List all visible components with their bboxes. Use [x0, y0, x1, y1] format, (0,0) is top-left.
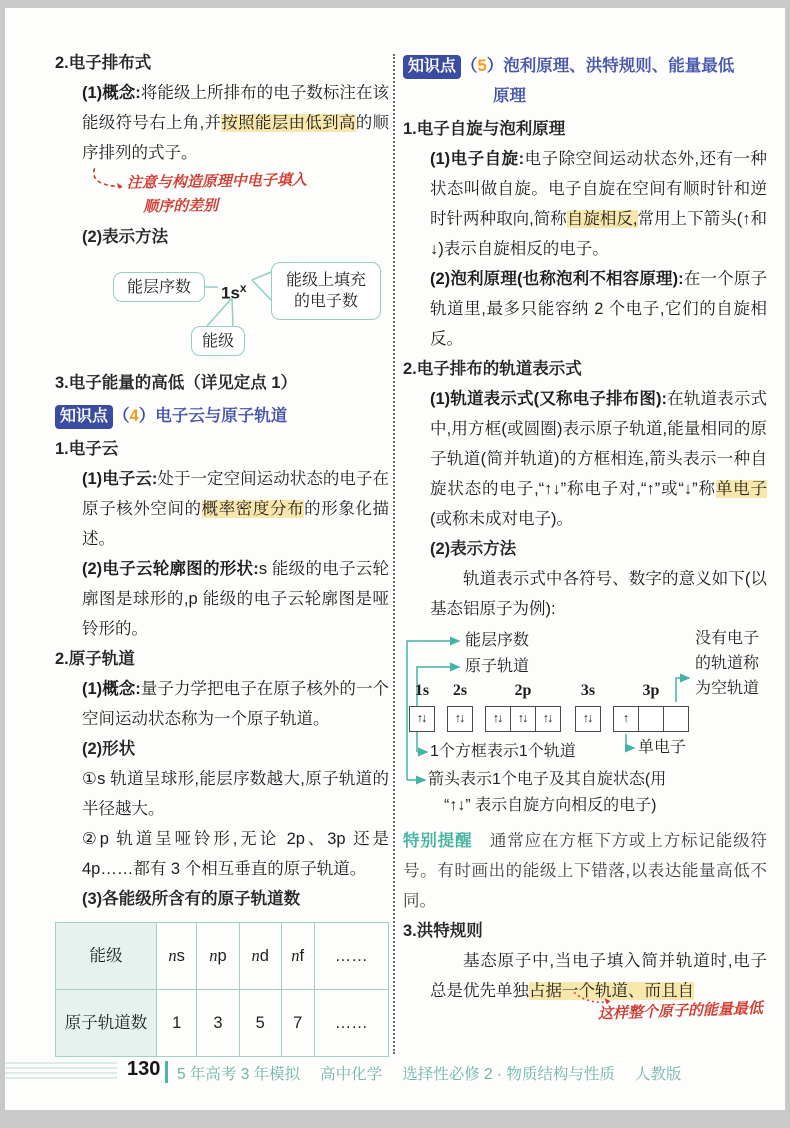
note-arrow-meaning: 箭头表示1个电子及其自旋状态(用“↑↓” 表示自旋方向相反的电子): [428, 767, 764, 819]
special-reminder-label: 特别提醒: [403, 832, 473, 850]
page-footer: 130 5 年高考 3 年模拟高中化学选择性必修 2 · 物质结构与性质人教版: [5, 1056, 785, 1090]
heading-orbital-shape: (2)形状: [55, 734, 389, 764]
table-cell: nf: [281, 923, 314, 990]
notation-explainer-diagram: 能层序数 1sx 能级上填充 的电子数 能级: [55, 256, 389, 366]
note-one-box-one-orbital: 1个方框表示1个轨道: [430, 739, 576, 765]
orbital-box-3s-paired: ↑↓: [575, 706, 601, 732]
heading-orbital-representation: 2.电子排布的轨道表示式: [403, 354, 767, 384]
orbital-box-3p-empty: [663, 706, 689, 732]
para-cloud-outline-shape: (2)电子云轮廓图的形状:s 能级的电子云轮廓图是球形的,p 能级的电子云轮廓图…: [55, 554, 389, 644]
cloud-def-highlight: 概率密度分布: [202, 500, 305, 518]
group-label-3s: 3s: [581, 678, 595, 704]
table-cell: ns: [157, 923, 197, 990]
orbital-box-2s-paired: ↑↓: [447, 706, 473, 732]
outline-shape-label: (2)电子云轮廓图的形状:: [82, 560, 259, 578]
para-orbital-representation: (1)轨道表示式(又称电子排布图):在轨道表示式中,用方框(或圆圈)表示原子轨道…: [403, 384, 767, 534]
spin-label: (1)电子自旋:: [430, 150, 524, 168]
badge-paren-open: （: [113, 407, 130, 425]
label-atomic-orbital: 原子轨道: [465, 654, 529, 680]
table-cell: ……: [314, 923, 388, 990]
para-orbital-concept: (1)概念:量子力学把电子在原子核外的一个空间运动状态称为一个原子轨道。: [55, 674, 389, 734]
knowledge-point-number: 4: [130, 407, 139, 425]
para-method-intro: 轨道表示式中各符号、数字的意义如下(以基态铝原子为例):: [403, 564, 767, 624]
knowledge-point-number: 5: [478, 57, 487, 75]
table-header-level: 能级: [56, 923, 157, 990]
column-divider: [393, 54, 395, 1054]
footer-book-info: 5 年高考 3 年模拟高中化学选择性必修 2 · 物质结构与性质人教版: [177, 1062, 701, 1084]
red-dotted-arrow-icon: [570, 987, 617, 1009]
para-pauli-principle: (2)泡利原理(也称泡利不相容原理):在一个原子轨道里,最多只能容纳 2 个电子…: [403, 264, 767, 354]
group-label-1s: 1s: [415, 678, 429, 704]
para-electron-spin: (1)电子自旋:电子除空间运动状态外,还有一种状态叫做自旋。电子自旋在空间有顺时…: [403, 144, 767, 264]
table-cell: 3: [197, 990, 239, 1057]
knowledge-point-title: 电子云与原子轨道: [155, 407, 287, 425]
footer-stripe-decoration: [5, 1062, 117, 1082]
red-dashed-arrow-icon: [88, 166, 128, 193]
formula-1s-x: 1sx: [221, 273, 247, 309]
annotation-text: 这样整个原子的能量最低: [598, 1000, 764, 1023]
footer-subject: 高中化学: [320, 1066, 382, 1083]
footer-divider-bar: [165, 1061, 168, 1083]
orbital-box-1s-paired: ↑↓: [409, 706, 435, 732]
spin-highlight: 自旋相反,: [567, 210, 638, 228]
table-cell: ……: [314, 990, 388, 1057]
label-energy-level: 能级: [191, 326, 245, 356]
rep-highlight: 单电子: [716, 480, 767, 498]
orbital-count-table: 能级 ns np nd nf …… 原子轨道数 1 3 5 7 ……: [55, 922, 389, 1057]
badge-paren-close: ）: [139, 407, 156, 425]
knowledge-point-title-line1: 泡利原理、洪特规则、能量最低: [503, 57, 734, 75]
heading-representation-method: (2)表示方法: [55, 222, 389, 252]
heading-hund-rule: 3.洪特规则: [403, 916, 767, 946]
note-arrow-line1: 箭头表示1个电子及其自旋状态(用: [428, 771, 666, 788]
knowledge-point-title-line2: 原理: [403, 81, 767, 111]
right-column: 知识点（5）泡利原理、洪特规则、能量最低 原理 1.电子自旋与泡利原理 (1)电…: [403, 48, 767, 1026]
knowledge-point-5: 知识点（5）泡利原理、洪特规则、能量最低 原理: [403, 51, 767, 111]
annotation-line2: 顺序的差别: [55, 191, 389, 221]
rep-text-end: (或称未成对电子)。: [430, 510, 573, 528]
table-cell: 5: [239, 990, 281, 1057]
table-header-count: 原子轨道数: [56, 990, 157, 1057]
table-cell: 7: [281, 990, 314, 1057]
footer-book-title: 选择性必修 2 · 物质结构与性质: [402, 1066, 615, 1083]
heading-electron-energy: 3.电子能量的高低（详见定点 1）: [55, 368, 389, 398]
table-cell: nd: [239, 923, 281, 990]
left-column: 2.电子排布式 (1)概念:将能级上所排布的电子数标注在该能级符号右上角,并按照…: [55, 48, 389, 1057]
para-s-orbital: ①s 轨道呈球形,能层序数越大,原子轨道的半径越大。: [55, 764, 389, 824]
pauli-label: (2)泡利原理(也称泡利不相容原理):: [430, 270, 684, 288]
para-p-orbital: ②p 轨道呈哑铃形,无论 2p、3p 还是4p……都有 3 个相互垂直的原子轨道…: [55, 824, 389, 884]
book-page: 2.电子排布式 (1)概念:将能级上所排布的电子数标注在该能级符号右上角,并按照…: [5, 8, 785, 1110]
heading-atomic-orbital: 2.原子轨道: [55, 644, 389, 674]
table-row-levels: 能级 ns np nd nf ……: [56, 923, 389, 990]
label-shell-number: 能层序数: [465, 628, 529, 654]
note-arrow-line2: “↑↓” 表示自旋方向相反的电子): [428, 797, 656, 814]
table-cell: np: [197, 923, 239, 990]
footer-series: 5 年高考 3 年模拟: [177, 1066, 300, 1083]
orbital-box-2p-paired: ↑↓: [510, 706, 536, 732]
table-row-counts: 原子轨道数 1 3 5 7 ……: [56, 990, 389, 1057]
handwritten-annotation-1: 注意与构造原理中电子填入 顺序的差别: [55, 167, 390, 221]
group-label-2s: 2s: [453, 678, 467, 704]
formula-superscript: x: [240, 281, 247, 295]
heading-orbital-count: (3)各能级所含有的原子轨道数: [55, 884, 389, 914]
orbital-box-2p-paired: ↑↓: [535, 706, 561, 732]
knowledge-point-badge: 知识点: [55, 405, 113, 429]
page-number: 130: [127, 1058, 160, 1081]
badge-paren-open: （: [461, 57, 478, 75]
heading-electron-cloud: 1.电子云: [55, 434, 389, 464]
group-label-2p: 2p: [515, 678, 532, 704]
label-empty-orbital: 没有电子的轨道称为空轨道: [695, 626, 759, 701]
para-hund-rule-wrap: 基态原子中,当电子填入简并轨道时,电子总是优先单独占据一个轨道、而且自 这样整个…: [403, 946, 767, 1026]
footer-publisher: 人教版: [635, 1066, 682, 1083]
orbital-notation-diagram: 能层序数 原子轨道 没有电子的轨道称为空轨道 1s 2s 2p 3s 3p ↑↓…: [403, 628, 767, 824]
orbital-box-3p-single: ↑: [613, 706, 639, 732]
orbital-box-3p-empty: [638, 706, 664, 732]
heading-spin-pauli: 1.电子自旋与泡利原理: [403, 114, 767, 144]
orbital-box-2p-paired: ↑↓: [485, 706, 511, 732]
para-special-reminder: 特别提醒 通常应在方框下方或上方标记能级符号。有时画出的能级上下错落,以表达能量…: [403, 826, 767, 916]
concept-label: (1)概念:: [82, 84, 141, 102]
knowledge-point-4: 知识点（4）电子云与原子轨道: [55, 401, 389, 431]
formula-base: 1s: [221, 284, 240, 303]
cloud-def-label: (1)电子云:: [82, 470, 157, 488]
para-configuration-concept: (1)概念:将能级上所排布的电子数标注在该能级符号右上角,并按照能层由低到高的顺…: [55, 78, 389, 168]
heading-electron-configuration: 2.电子排布式: [55, 48, 389, 78]
knowledge-point-badge: 知识点: [403, 55, 461, 79]
label-single-electron: 单电子: [638, 735, 686, 761]
badge-paren-close: ）: [487, 57, 504, 75]
label-shell-number: 能层序数: [113, 272, 205, 302]
orbital-concept-label: (1)概念:: [82, 680, 141, 698]
table-cell: 1: [157, 990, 197, 1057]
concept-highlight: 按照能层由低到高: [221, 114, 355, 132]
group-label-3p: 3p: [643, 678, 660, 704]
heading-representation-method-2: (2)表示方法: [403, 534, 767, 564]
para-electron-cloud-def: (1)电子云:处于一定空间运动状态的电子在原子核外空间的概率密度分布的形象化描述…: [55, 464, 389, 554]
label-electron-count: 能级上填充 的电子数: [271, 262, 381, 320]
rep-label: (1)轨道表示式(又称电子排布图):: [430, 390, 667, 408]
